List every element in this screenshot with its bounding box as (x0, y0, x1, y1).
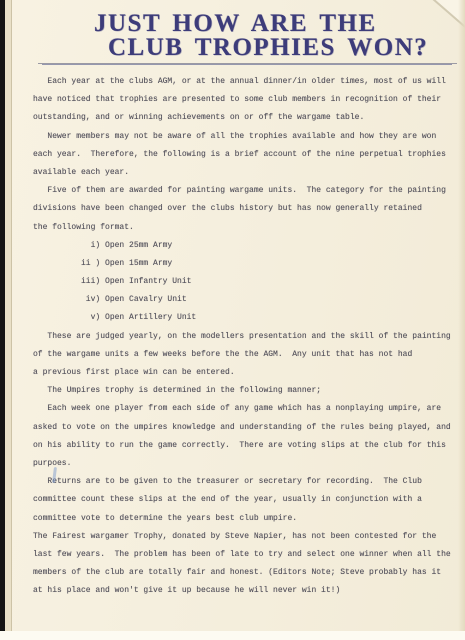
text-line: ii ) Open 15mm Army (33, 255, 461, 273)
text-line: each year. Therefore, the following is a… (33, 146, 461, 164)
text-line: outstanding, and or winning achievements… (33, 109, 461, 127)
text-line: members of the club are totally fair and… (33, 564, 461, 582)
paper-edge-left (5, 0, 12, 632)
text-line: iv) Open Cavalry Unit (33, 291, 461, 309)
text-line: have noticed that trophies are presented… (33, 91, 461, 109)
text-line: committee count these slips at the end o… (33, 491, 461, 509)
text-line: purpoes. (33, 455, 461, 473)
text-line: Five of them are awarded for painting wa… (33, 182, 461, 200)
text-line: These are judged yearly, on the modeller… (33, 328, 461, 346)
scan-border-bottom (0, 631, 465, 640)
paper-edge-right (458, 0, 465, 632)
text-line: Newer members may not be aware of all th… (33, 128, 461, 146)
text-line: committee vote to determine the years be… (33, 510, 461, 528)
text-line: at his place and won't give it up becaus… (33, 582, 461, 600)
text-line: Returns are to be given to the treasurer… (33, 473, 461, 491)
title-underline-accent (42, 64, 452, 65)
text-line: v) Open Artillery Unit (33, 309, 461, 327)
text-line: The Fairest wargamer Trophy, donated by … (33, 528, 461, 546)
text-line: a previous first place win can be entere… (33, 364, 461, 382)
text-line: on his ability to run the game correctly… (33, 437, 461, 455)
typed-text: Each year at the clubs AGM, or at the an… (33, 73, 461, 600)
text-line: last few years. The problem has been of … (33, 546, 461, 564)
text-line: The Umpires trophy is determined in the … (33, 382, 461, 400)
text-line: iii) Open Infantry Unit (33, 273, 461, 291)
text-line: Each week one player from each side of a… (33, 400, 461, 418)
page-title-line-2: CLUB TROPHIES WON? (108, 34, 428, 62)
scanned-page: JUST HOW ARE THE CLUB TROPHIES WON? Each… (0, 0, 465, 640)
text-line: divisions have been changed over the clu… (33, 200, 461, 218)
text-line: i) Open 25mm Army (33, 237, 461, 255)
text-line: of the wargame units a few weeks before … (33, 346, 461, 364)
text-line: asked to vote on the umpires knowledge a… (33, 419, 461, 437)
text-line: Each year at the clubs AGM, or at the an… (33, 73, 461, 91)
text-line: the following format. (33, 219, 461, 237)
text-line: available each year. (33, 164, 461, 182)
